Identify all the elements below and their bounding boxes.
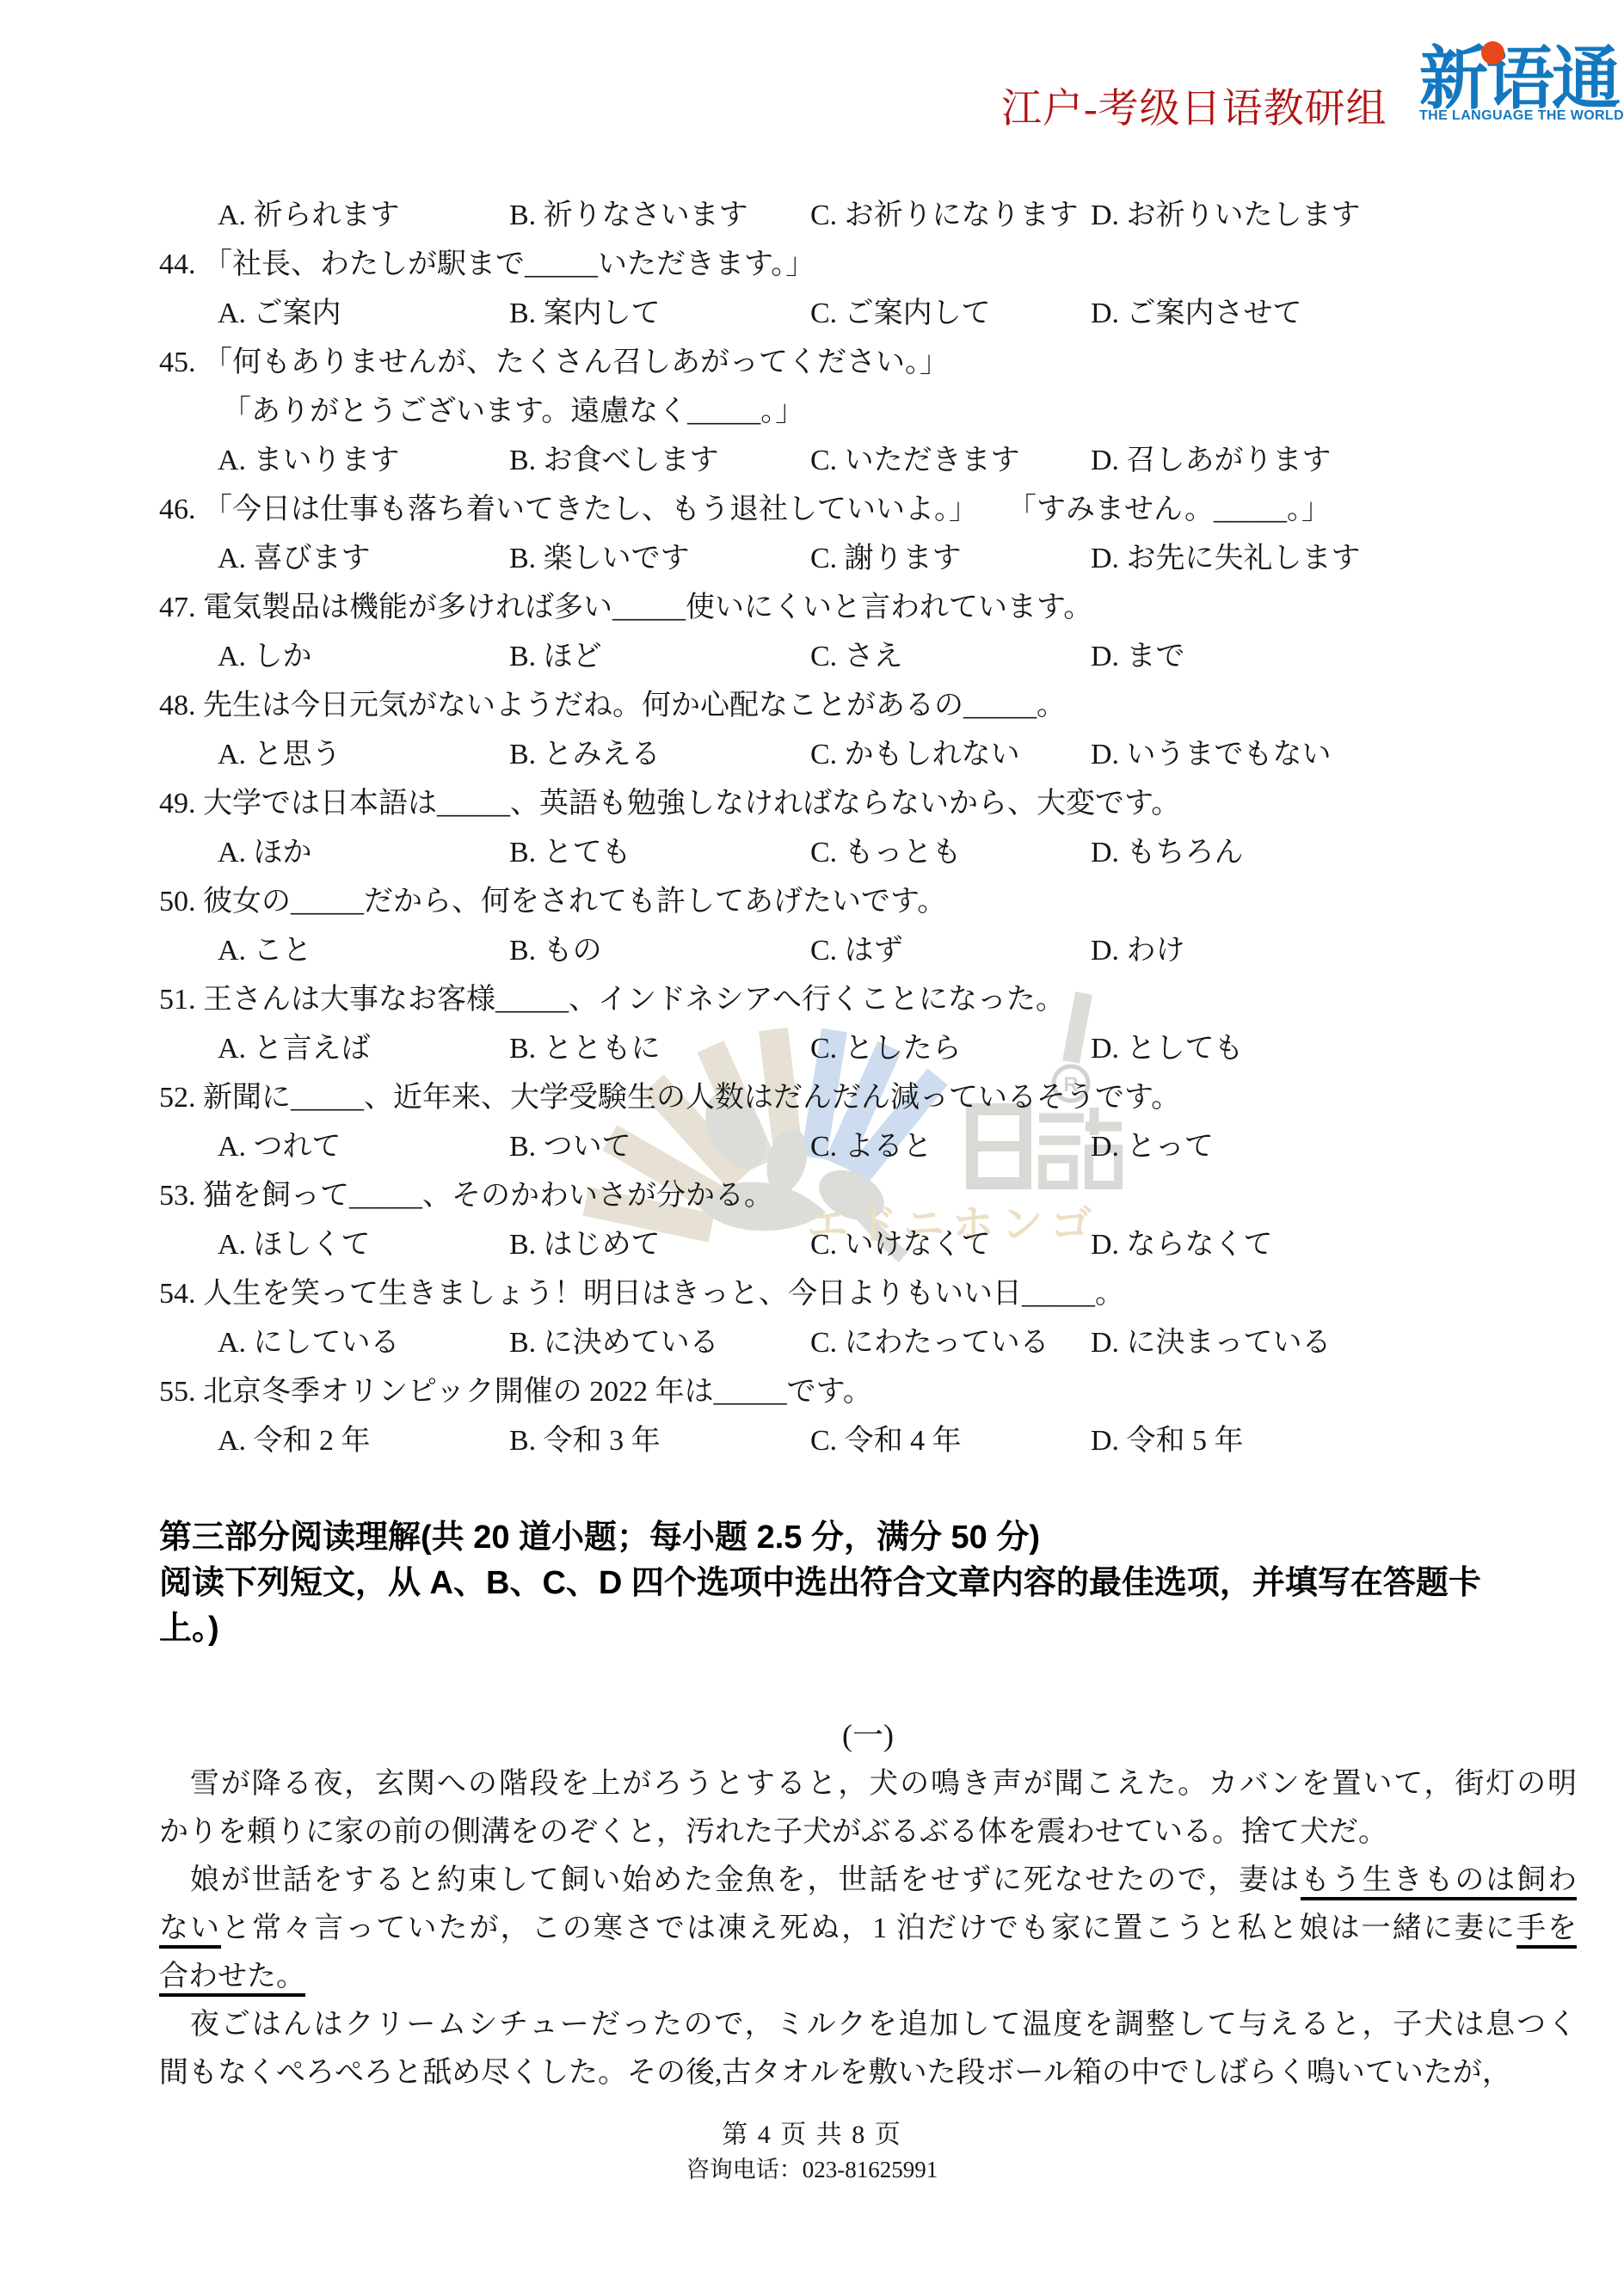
option-cell: A. にしている — [218, 1318, 509, 1367]
section3-heading-line: 上。) — [159, 1606, 1577, 1652]
option-cell: D. まで — [1091, 632, 1577, 681]
option-cell: D. ならなくて — [1091, 1220, 1577, 1269]
option-cell: A. こと — [218, 926, 509, 975]
passage-title: (一) — [159, 1714, 1577, 1757]
underlined-text: 合わせた。 — [159, 1961, 305, 1997]
option-row: A. 喜びますB. 楽しいですC. 謝りますD. お先に失礼します — [159, 534, 1577, 583]
option-row: A. にしているB. に決めているC. にわたっているD. に決まっている — [159, 1318, 1577, 1367]
option-cell: B. ついて — [509, 1122, 810, 1171]
passage-line: 間もなくぺろぺろと舐め尽くした。その後,古タオルを敷いた段ボール箱の中でしばらく… — [159, 2049, 1577, 2097]
passage-line: 夜ごはんはクリームシチューだったので，ミルクを追加して温度を調整して与えると，子… — [159, 2001, 1577, 2049]
option-cell: D. お先に失礼します — [1091, 534, 1577, 583]
option-cell: B. とみえる — [509, 730, 810, 779]
option-cell: A. まいります — [218, 436, 509, 485]
option-cell: D. ご案内させて — [1091, 289, 1577, 338]
option-cell: C. はず — [810, 926, 1091, 975]
question-line: 49. 大学では日本語は_____、英語も勉強しなければならないから、大変です。 — [159, 779, 1577, 828]
question-line: 「ありがとうございます。遠慮なく_____。」 — [159, 387, 1577, 436]
option-cell: C. 令和 4 年 — [810, 1416, 1091, 1465]
option-cell: D. もちろん — [1091, 828, 1577, 877]
underlined-text: もう生きものは飼わ — [1301, 1864, 1577, 1900]
option-cell: A. ほか — [218, 828, 509, 877]
option-cell: D. いうまでもない — [1091, 730, 1577, 779]
option-cell: A. ほしくて — [218, 1220, 509, 1269]
question-line: 50. 彼女の_____だから、何をされても許してあげたいです。 — [159, 877, 1577, 926]
option-cell: B. はじめて — [509, 1220, 810, 1269]
section3-heading-line: 阅读下列短文，从 A、B、C、D 四个选项中选出符合文章内容的最佳选项，并填写在… — [159, 1561, 1577, 1606]
option-cell: D. お祈りいたします — [1091, 191, 1577, 240]
header-group-title: 江户-考级日语教研组 — [1001, 87, 1387, 132]
brand-logo-text: 新语通 — [1419, 43, 1622, 115]
option-cell: C. よると — [810, 1122, 1091, 1171]
option-cell: B. に決めている — [509, 1318, 810, 1367]
option-row: A. と言えばB. とともにC. としたらD. としても — [159, 1024, 1577, 1073]
passage-line: 雪が降る夜，玄関への階段を上がろうとすると，犬の鳴き声が聞こえた。カバンを置いて… — [159, 1760, 1577, 1808]
page-number: 第 4 页 共 8 页 — [0, 2117, 1624, 2153]
question-line: 51. 王さんは大事なお客様_____、インドネシアへ行くことになった。 — [159, 975, 1577, 1024]
passage-line: かりを頼りに家の前の側溝をのぞくと，汚れた子犬がぶるぶる体を震わせている。捨て犬… — [159, 1808, 1577, 1857]
option-cell: C. 謝ります — [810, 534, 1091, 583]
option-cell: A. と思う — [218, 730, 509, 779]
option-cell: D. 召しあがります — [1091, 436, 1577, 485]
question-line: 54. 人生を笑って生きましょう！明日はきっと、今日よりもいい日_____。 — [159, 1269, 1577, 1318]
section3-heading-line: 第三部分阅读理解(共 20 道小题；每小题 2.5 分，满分 50 分) — [159, 1515, 1577, 1561]
option-cell: A. 喜びます — [218, 534, 509, 583]
option-cell: C. いけなくて — [810, 1220, 1091, 1269]
option-cell: B. 楽しいです — [509, 534, 810, 583]
option-cell: A. と言えば — [218, 1024, 509, 1073]
option-cell: D. としても — [1091, 1024, 1577, 1073]
option-cell: B. もの — [509, 926, 810, 975]
section3-heading: 第三部分阅读理解(共 20 道小题；每小题 2.5 分，满分 50 分) 阅读下… — [159, 1515, 1577, 1652]
question-line: 47. 電気製品は機能が多ければ多い_____使いにくいと言われています。 — [159, 583, 1577, 632]
option-cell: A. 令和 2 年 — [218, 1416, 509, 1465]
option-row: A. と思うB. とみえるC. かもしれないD. いうまでもない — [159, 730, 1577, 779]
option-cell: C. いただきます — [810, 436, 1091, 485]
question-line: 52. 新聞に_____、近年来、大学受験生の人数はだんだん減っているそうです。 — [159, 1073, 1577, 1122]
option-cell: C. お祈りになります — [810, 191, 1091, 240]
option-cell: D. に決まっている — [1091, 1318, 1577, 1367]
option-cell: D. 令和 5 年 — [1091, 1416, 1577, 1465]
passage-text: 雪が降る夜，玄関への階段を上がろうとすると，犬の鳴き声が聞こえた。カバンを置いて… — [159, 1768, 1577, 1800]
question-line: 53. 猫を飼って_____、そのかわいさが分かる。 — [159, 1171, 1577, 1220]
option-row: A. 令和 2 年B. 令和 3 年C. 令和 4 年D. 令和 5 年 — [159, 1416, 1577, 1465]
question-line: 44. 「社長、わたしが駅まで_____いただきます。」 — [159, 240, 1577, 289]
question-line: 45. 「何もありませんが、たくさん召しあがってください。」 — [159, 338, 1577, 387]
question-line: 55. 北京冬季オリンピック開催の 2022 年は_____です。 — [159, 1367, 1577, 1416]
option-cell: D. わけ — [1091, 926, 1577, 975]
passage-line: 合わせた。 — [159, 1953, 1577, 2001]
passage-text: 夜ごはんはクリームシチューだったので，ミルクを追加して温度を調整して与えると，子… — [159, 2009, 1577, 2041]
question-list: A. 祈られますB. 祈りなさいますC. お祈りになりますD. お祈りいたします… — [159, 191, 1577, 1465]
underlined-text: ない — [159, 1912, 221, 1949]
option-cell: B. 令和 3 年 — [509, 1416, 810, 1465]
passage-line: 娘が世話をすると約束して飼い始めた金魚を，世話をせずに死なせたので，妻はもう生き… — [159, 1857, 1577, 1905]
option-cell: A. 祈られます — [218, 191, 509, 240]
option-cell: C. にわたっている — [810, 1318, 1091, 1367]
logo-red-dot-icon — [1481, 41, 1504, 64]
passage-text: 間もなくぺろぺろと舐め尽くした。その後,古タオルを敷いた段ボール箱の中でしばらく… — [159, 2057, 1511, 2089]
option-cell: A. ご案内 — [218, 289, 509, 338]
contact-phone: 咨询电话：023-81625991 — [0, 2153, 1624, 2186]
question-line: 46. 「今日は仕事も落ち着いてきたし、もう退社していいよ。」 「すみません。_… — [159, 485, 1577, 534]
option-row: A. しかB. ほどC. さえD. まで — [159, 632, 1577, 681]
option-cell: C. さえ — [810, 632, 1091, 681]
option-cell: B. お食べします — [509, 436, 810, 485]
exam-content: A. 祈られますB. 祈りなさいますC. お祈りになりますD. お祈りいたします… — [159, 191, 1577, 2097]
option-cell: B. とても — [509, 828, 810, 877]
option-row: A. ことB. ものC. はずD. わけ — [159, 926, 1577, 975]
option-cell: C. ご案内して — [810, 289, 1091, 338]
page-footer: 第 4 页 共 8 页 咨询电话：023-81625991 — [0, 2117, 1624, 2186]
passage-text: かりを頼りに家の前の側溝をのぞくと，汚れた子犬がぶるぶる体を震わせている。捨て犬… — [159, 1816, 1387, 1848]
option-cell: A. つれて — [218, 1122, 509, 1171]
option-cell: B. とともに — [509, 1024, 810, 1073]
option-row: A. つれてB. ついてC. よるとD. とって — [159, 1122, 1577, 1171]
option-row: A. ご案内B. 案内してC. ご案内してD. ご案内させて — [159, 289, 1577, 338]
exam-page: R エドニホンゴ 江户-考级日语教研组 新语通 THE LANGUAGE THE… — [0, 0, 1624, 2296]
option-cell: C. としたら — [810, 1024, 1091, 1073]
passage-line: ないと常々言っていたが，この寒さでは凍え死ぬ，1 泊だけでも家に置こうと私と娘は… — [159, 1905, 1577, 1953]
passage-text: 娘が世話をすると約束して飼い始めた金魚を，世話をせずに死なせたので，妻は — [159, 1864, 1301, 1896]
option-row: A. ほかB. とてもC. もっともD. もちろん — [159, 828, 1577, 877]
passage: 雪が降る夜，玄関への階段を上がろうとすると，犬の鳴き声が聞こえた。カバンを置いて… — [159, 1760, 1577, 2097]
option-row: A. ほしくてB. はじめてC. いけなくてD. ならなくて — [159, 1220, 1577, 1269]
option-cell: B. ほど — [509, 632, 810, 681]
option-row: A. まいりますB. お食べしますC. いただきますD. 召しあがります — [159, 436, 1577, 485]
option-cell: C. もっとも — [810, 828, 1091, 877]
option-cell: B. 祈りなさいます — [509, 191, 810, 240]
question-line: 48. 先生は今日元気がないようだね。何か心配なことがあるの_____。 — [159, 681, 1577, 730]
passage-text: と常々言っていたが，この寒さでは凍え死ぬ，1 泊だけでも家に置こうと私と娘は一緒… — [221, 1912, 1516, 1944]
option-row: A. 祈られますB. 祈りなさいますC. お祈りになりますD. お祈りいたします — [159, 191, 1577, 240]
option-cell: C. かもしれない — [810, 730, 1091, 779]
underlined-text: 手を — [1516, 1912, 1577, 1949]
brand-logo: 新语通 THE LANGUAGE THE WORLD — [1419, 43, 1622, 124]
option-cell: B. 案内して — [509, 289, 810, 338]
option-cell: D. とって — [1091, 1122, 1577, 1171]
option-cell: A. しか — [218, 632, 509, 681]
